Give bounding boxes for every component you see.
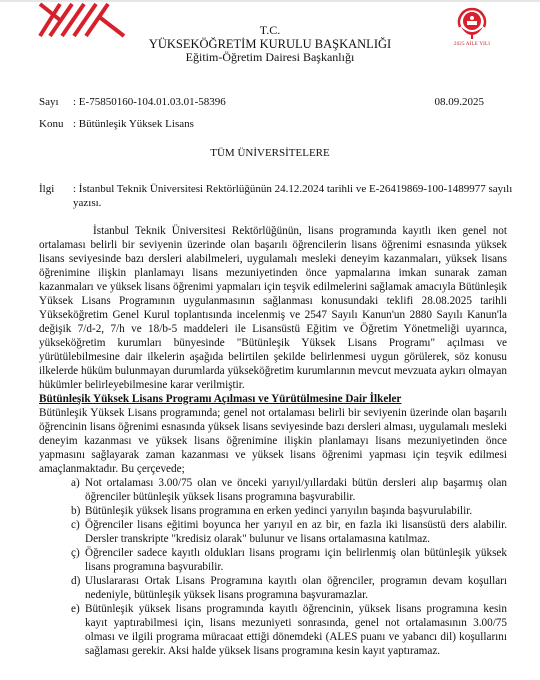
subject-row: Konu: Bütünleşik Yüksek Lisans	[39, 118, 194, 131]
list-item-text: Bütünleşik yüksek lisans programına en e…	[85, 505, 472, 517]
konu-value: : Bütünleşik Yüksek Lisans	[73, 118, 194, 130]
list-marker: e)	[71, 602, 80, 616]
konu-label: Konu	[39, 118, 73, 131]
body-paragraph-1: İstanbul Teknik Üniversitesi Rektörlüğün…	[39, 224, 507, 392]
list-item: d)Uluslararası Ortak Lisans Programına k…	[71, 574, 507, 602]
section-title: Bütünleşik Yüksek Lisans Programı Açılma…	[39, 392, 507, 406]
sayi-value: : E-75850160-104.01.03.01-58396	[73, 96, 226, 108]
list-item-text: Uluslararası Ortak Lisans Programına kay…	[85, 575, 507, 601]
list-marker: ç)	[71, 546, 80, 560]
list-item: ç)Öğrenciler sadece kayıtlı oldukları li…	[71, 546, 507, 574]
principles-list: a)Not ortalaması 3.00/75 olan ve önceki …	[39, 476, 507, 658]
letterhead-institution: YÜKSEKÖĞRETİM KURULU BAŞKANLIĞI	[0, 38, 540, 52]
letterhead-department: Eğitim-Öğretim Dairesi Başkanlığı	[0, 51, 540, 65]
list-item: c)Öğrenciler lisans eğitimi boyunca her …	[71, 518, 507, 546]
body-paragraph-2: Bütünleşik Yüksek Lisans programında; ge…	[39, 406, 507, 476]
list-marker: d)	[71, 574, 80, 588]
list-marker: b)	[71, 504, 80, 518]
list-marker: a)	[71, 476, 80, 490]
list-item-text: Öğrenciler sadece kayıtlı oldukları lisa…	[85, 547, 507, 573]
list-item-text: Öğrenciler lisans eğitimi boyunca her ya…	[85, 519, 507, 545]
list-item-text: Bütünleşik yüksek lisans programında kay…	[85, 603, 507, 657]
letter-body: İstanbul Teknik Üniversitesi Rektörlüğün…	[39, 224, 507, 658]
letterhead: T.C. YÜKSEKÖĞRETİM KURULU BAŞKANLIĞI Eği…	[0, 24, 540, 65]
reference-number-row: Sayı: E-75850160-104.01.03.01-58396	[39, 96, 226, 109]
ilgi-label: İlgi	[39, 182, 54, 196]
letterhead-line-tc: T.C.	[0, 24, 540, 38]
list-marker: c)	[71, 518, 80, 532]
list-item: b)Bütünleşik yüksek lisans programına en…	[71, 504, 507, 518]
list-item-text: Not ortalaması 3.00/75 olan ve önceki ya…	[85, 477, 507, 503]
list-item: a)Not ortalaması 3.00/75 olan ve önceki …	[71, 476, 507, 504]
document-date: 08.09.2025	[435, 96, 485, 108]
sayi-label: Sayı	[39, 96, 73, 109]
list-item: e)Bütünleşik yüksek lisans programında k…	[71, 602, 507, 658]
ilgi-value: : İstanbul Teknik Üniversitesi Rektörlüğ…	[73, 182, 513, 210]
addressee: TÜM ÜNİVERSİTELERE	[0, 147, 540, 159]
